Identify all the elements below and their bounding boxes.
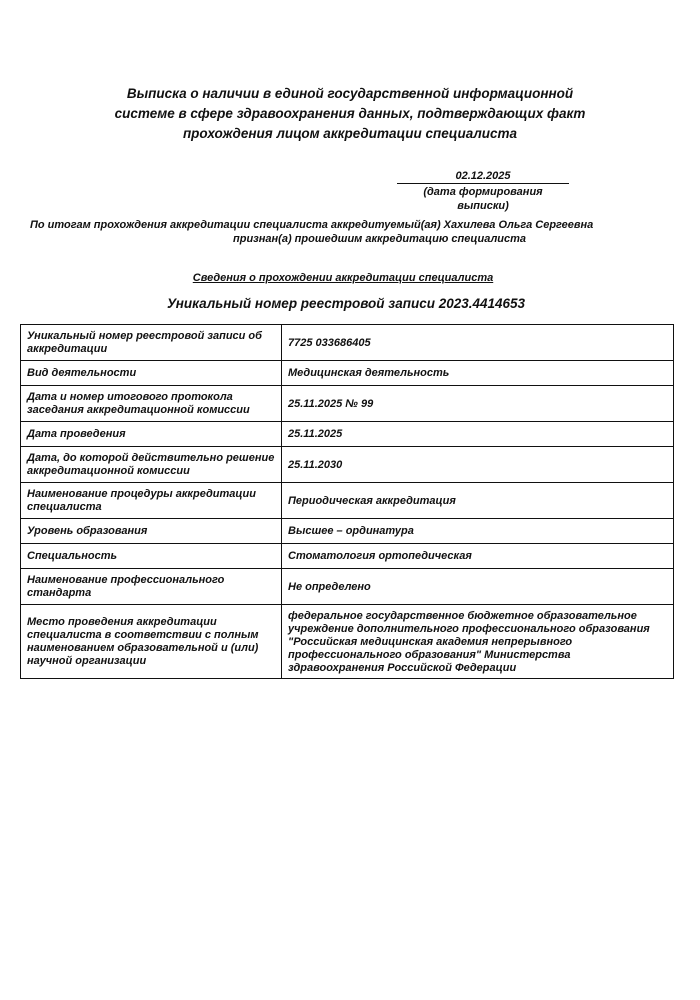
row-label: Дата проведения xyxy=(21,422,282,447)
intro-statement: По итогам прохождения аккредитации специ… xyxy=(30,218,670,246)
row-label: Место проведения аккредитации специалист… xyxy=(21,605,282,679)
table-row: Наименование процедуры аккредитации спец… xyxy=(21,483,674,519)
table-row: Уровень образования Высшее – ординатура xyxy=(21,519,674,544)
section-title: Сведения о прохождении аккредитации спец… xyxy=(0,272,686,284)
table-row: Дата, до которой действительно решение а… xyxy=(21,447,674,483)
intro-line: признан(а) прошедшим аккредитацию специа… xyxy=(30,232,670,246)
row-value: Периодическая аккредитация xyxy=(282,483,674,519)
row-value: Не определено xyxy=(282,569,674,605)
table-row: Дата и номер итогового протокола заседан… xyxy=(21,386,674,422)
row-label: Наименование процедуры аккредитации спец… xyxy=(21,483,282,519)
table-row: Дата проведения 25.11.2025 xyxy=(21,422,674,447)
row-value: 25.11.2025 xyxy=(282,422,674,447)
document-title: Выписка о наличии в единой государственн… xyxy=(90,84,610,144)
table-row: Вид деятельности Медицинская деятельност… xyxy=(21,361,674,386)
row-label: Уровень образования xyxy=(21,519,282,544)
issue-date-caption: (дата формирования выписки) xyxy=(397,185,569,213)
intro-line: По итогам прохождения аккредитации специ… xyxy=(30,218,670,232)
row-label: Дата, до которой действительно решение а… xyxy=(21,447,282,483)
title-line: системе в сфере здравоохранения данных, … xyxy=(90,104,610,124)
table-row: Место проведения аккредитации специалист… xyxy=(21,605,674,679)
row-value: Медицинская деятельность xyxy=(282,361,674,386)
table-row: Уникальный номер реестровой записи об ак… xyxy=(21,325,674,361)
table-row: Специальность Стоматология ортопедическа… xyxy=(21,544,674,569)
row-label: Дата и номер итогового протокола заседан… xyxy=(21,386,282,422)
title-line: прохождения лицом аккредитации специалис… xyxy=(90,124,610,144)
table-row: Наименование профессионального стандарта… xyxy=(21,569,674,605)
row-value: Стоматология ортопедическая xyxy=(282,544,674,569)
row-label: Специальность xyxy=(21,544,282,569)
issue-date: 02.12.2025 xyxy=(397,169,569,184)
row-value: 25.11.2030 xyxy=(282,447,674,483)
row-value: 25.11.2025 № 99 xyxy=(282,386,674,422)
row-label: Уникальный номер реестровой записи об ак… xyxy=(21,325,282,361)
title-line: Выписка о наличии в единой государственн… xyxy=(90,84,610,104)
row-value: 7725 033686405 xyxy=(282,325,674,361)
accreditation-table: Уникальный номер реестровой записи об ак… xyxy=(20,324,674,679)
row-label: Наименование профессионального стандарта xyxy=(21,569,282,605)
issue-date-block: 02.12.2025 (дата формирования выписки) xyxy=(397,169,569,213)
registry-number: Уникальный номер реестровой записи 2023.… xyxy=(0,296,692,311)
row-value: федеральное государственное бюджетное об… xyxy=(282,605,674,679)
row-label: Вид деятельности xyxy=(21,361,282,386)
row-value: Высшее – ординатура xyxy=(282,519,674,544)
